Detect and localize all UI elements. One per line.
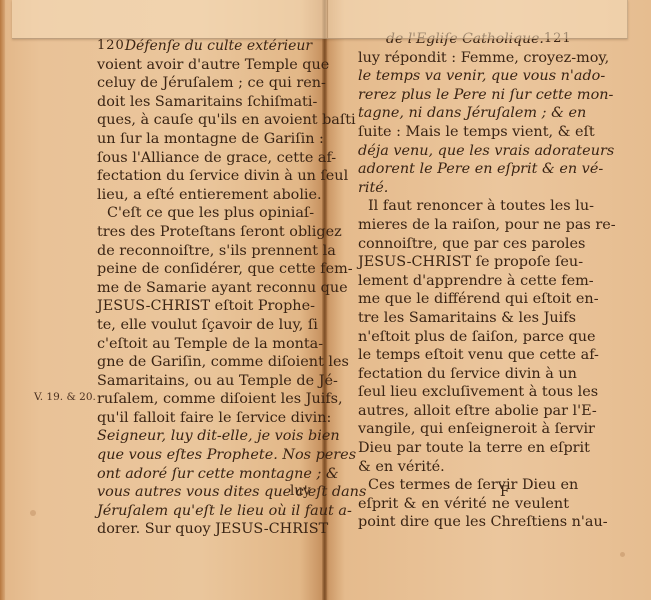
text-line: mieres de la raiſon, pour ne pas re- <box>358 216 569 235</box>
text-line: point dire que les Chreſtiens n'au- <box>358 513 569 532</box>
strip-divider <box>327 0 328 38</box>
text-line: gne de Gariſin, comme diſoient les <box>97 353 309 372</box>
text-line: vangile, qui enſeigneroit à ſervir <box>358 420 569 439</box>
text-line: doit les Samaritains ſchiſmati- <box>97 93 309 112</box>
text-line: autres, alloit eſtre abolie par l'E- <box>358 402 569 421</box>
right-page-text: de l'Egliſe Catholique. 121 luy répondit… <box>358 30 569 532</box>
text-line: ques, à cauſe qu'ils en avoient baſti <box>97 111 309 130</box>
text-line: connoiſtre, que par ces paroles <box>358 235 569 254</box>
text-line: te, elle voulut ſçavoir de luy, ſi <box>97 316 309 335</box>
signature-mark: F <box>500 484 509 500</box>
left-page-number: 120 <box>97 37 125 56</box>
text-line: JESUS-CHRIST eſtoit Prophe- <box>97 297 309 316</box>
text-line: rité. <box>358 179 569 198</box>
text-line: eſprit & en vérité ne veulent <box>358 495 569 514</box>
margin-note: V. 19. & 20. <box>34 391 96 403</box>
text-line: un ſur la montagne de Gariſin : <box>97 130 309 149</box>
left-page-text: 120 Défenſe du culte extérieur voient av… <box>97 37 309 539</box>
text-line: fectation du ſervice divin à un ſeul <box>97 167 309 186</box>
text-line: & en vérité. <box>358 458 569 477</box>
text-line: n'eſtoit plus de ſaiſon, parce que <box>358 328 569 347</box>
text-line: Ces termes de ſervir Dieu en <box>358 476 569 495</box>
text-line: ſeul lieu excluſivement à tous les <box>358 383 569 402</box>
text-line: ſuite : Mais le temps vient, & eſt <box>358 123 569 142</box>
text-line: celuy de Jéruſalem ; ce qui ren- <box>97 74 309 93</box>
text-line: de reconnoiſtre, s'ils prennent la <box>97 242 309 261</box>
text-line: rerez plus le Pere ni ſur cette mon- <box>358 86 569 105</box>
text-line: lement d'apprendre à cette fem- <box>358 272 569 291</box>
text-line: Il faut renoncer à toutes les lu- <box>358 197 569 216</box>
text-line: le temps eſtoit venu que cette af- <box>358 346 569 365</box>
left-page: 120 Défenſe du culte extérieur voient av… <box>0 0 325 600</box>
text-line: c'eſtoit au Temple de la monta- <box>97 335 309 354</box>
catchword: luy <box>290 483 311 499</box>
text-line: Jéruſalem qu'eſt le lieu où il faut a- <box>97 502 309 521</box>
left-running-title: Défenſe du culte extérieur <box>125 37 312 56</box>
left-running-head: 120 Défenſe du culte extérieur <box>97 37 309 56</box>
text-line: tre les Samaritains & les Juifs <box>358 309 569 328</box>
text-line: luy répondit : Femme, croyez-moy, <box>358 49 569 68</box>
text-line: Samaritains, ou au Temple de Jé- <box>97 372 309 391</box>
text-line: JESUS-CHRIST ſe propoſe ſeu- <box>358 253 569 272</box>
text-line: peine de conſidérer, que cette fem- <box>97 260 309 279</box>
text-line: qu'il falloit faire le ſervice divin: <box>97 409 309 428</box>
text-line: le temps va venir, que vous n'ado- <box>358 67 569 86</box>
text-line: me que le différend qui eſtoit en- <box>358 290 569 309</box>
text-line: C'eſt ce que les plus opiniaſ- <box>97 204 309 223</box>
text-line: ruſalem, comme diſoient les Juifs, <box>97 390 309 409</box>
text-line: que vous eſtes Prophete. Nos peres <box>97 446 309 465</box>
text-line: me de Samarie ayant reconnu que <box>97 279 309 298</box>
text-line: fectation du ſervice divin à un <box>358 365 569 384</box>
text-line: voient avoir d'autre Temple que <box>97 56 309 75</box>
text-line: adorent le Pere en eſprit & en vé- <box>358 160 569 179</box>
text-line: dorer. Sur quoy JESUS-CHRIST <box>97 520 309 539</box>
translucent-bookmark-strip <box>12 0 628 39</box>
text-line: Seigneur, luy dit-elle, je vois bien <box>97 427 309 446</box>
text-line: déja venu, que les vrais adorateurs <box>358 142 569 161</box>
text-line: tagne, ni dans Jéruſalem ; & en <box>358 104 569 123</box>
text-line: Dieu par toute la terre en eſprit <box>358 439 569 458</box>
text-line: vous autres vous dites que c'eſt dans <box>97 483 309 502</box>
text-line: ſous l'Alliance de grace, cette af- <box>97 149 309 168</box>
text-line: lieu, a eſté entierement abolie. <box>97 186 309 205</box>
text-line: tres des Proteſtans ſeront obligez <box>97 223 309 242</box>
text-line: ont adoré ſur cette montagne ; & <box>97 465 309 484</box>
